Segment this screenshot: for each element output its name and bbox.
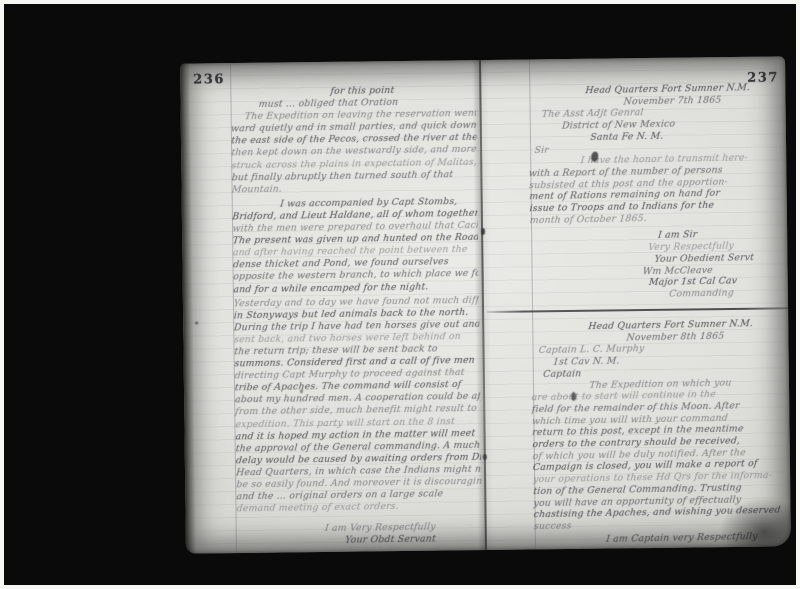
ink-blot [483, 454, 487, 460]
microfilm-scan: 236 for this pointmust ... obliged that … [0, 0, 800, 589]
left-page-text: for this pointmust ... obliged that Orat… [230, 84, 483, 550]
handwriting-line: Commanding [669, 286, 787, 300]
film-speck [195, 322, 198, 325]
page-edge-shadow [180, 64, 196, 554]
handwriting-line: Mountain. [231, 181, 478, 197]
handwriting-line: Wm McCleave [349, 545, 483, 549]
ink-blot [481, 228, 485, 235]
page-number-left: 236 [193, 72, 225, 87]
film-speck [300, 389, 303, 393]
right-page-letter1-text: Head Quarters Fort Sumner N.M.November 7… [527, 82, 787, 311]
handwriting-line: demand meeting of exact orders. [236, 500, 482, 516]
ink-blot [571, 392, 576, 401]
document-spread: 236 for this pointmust ... obliged that … [180, 56, 791, 553]
